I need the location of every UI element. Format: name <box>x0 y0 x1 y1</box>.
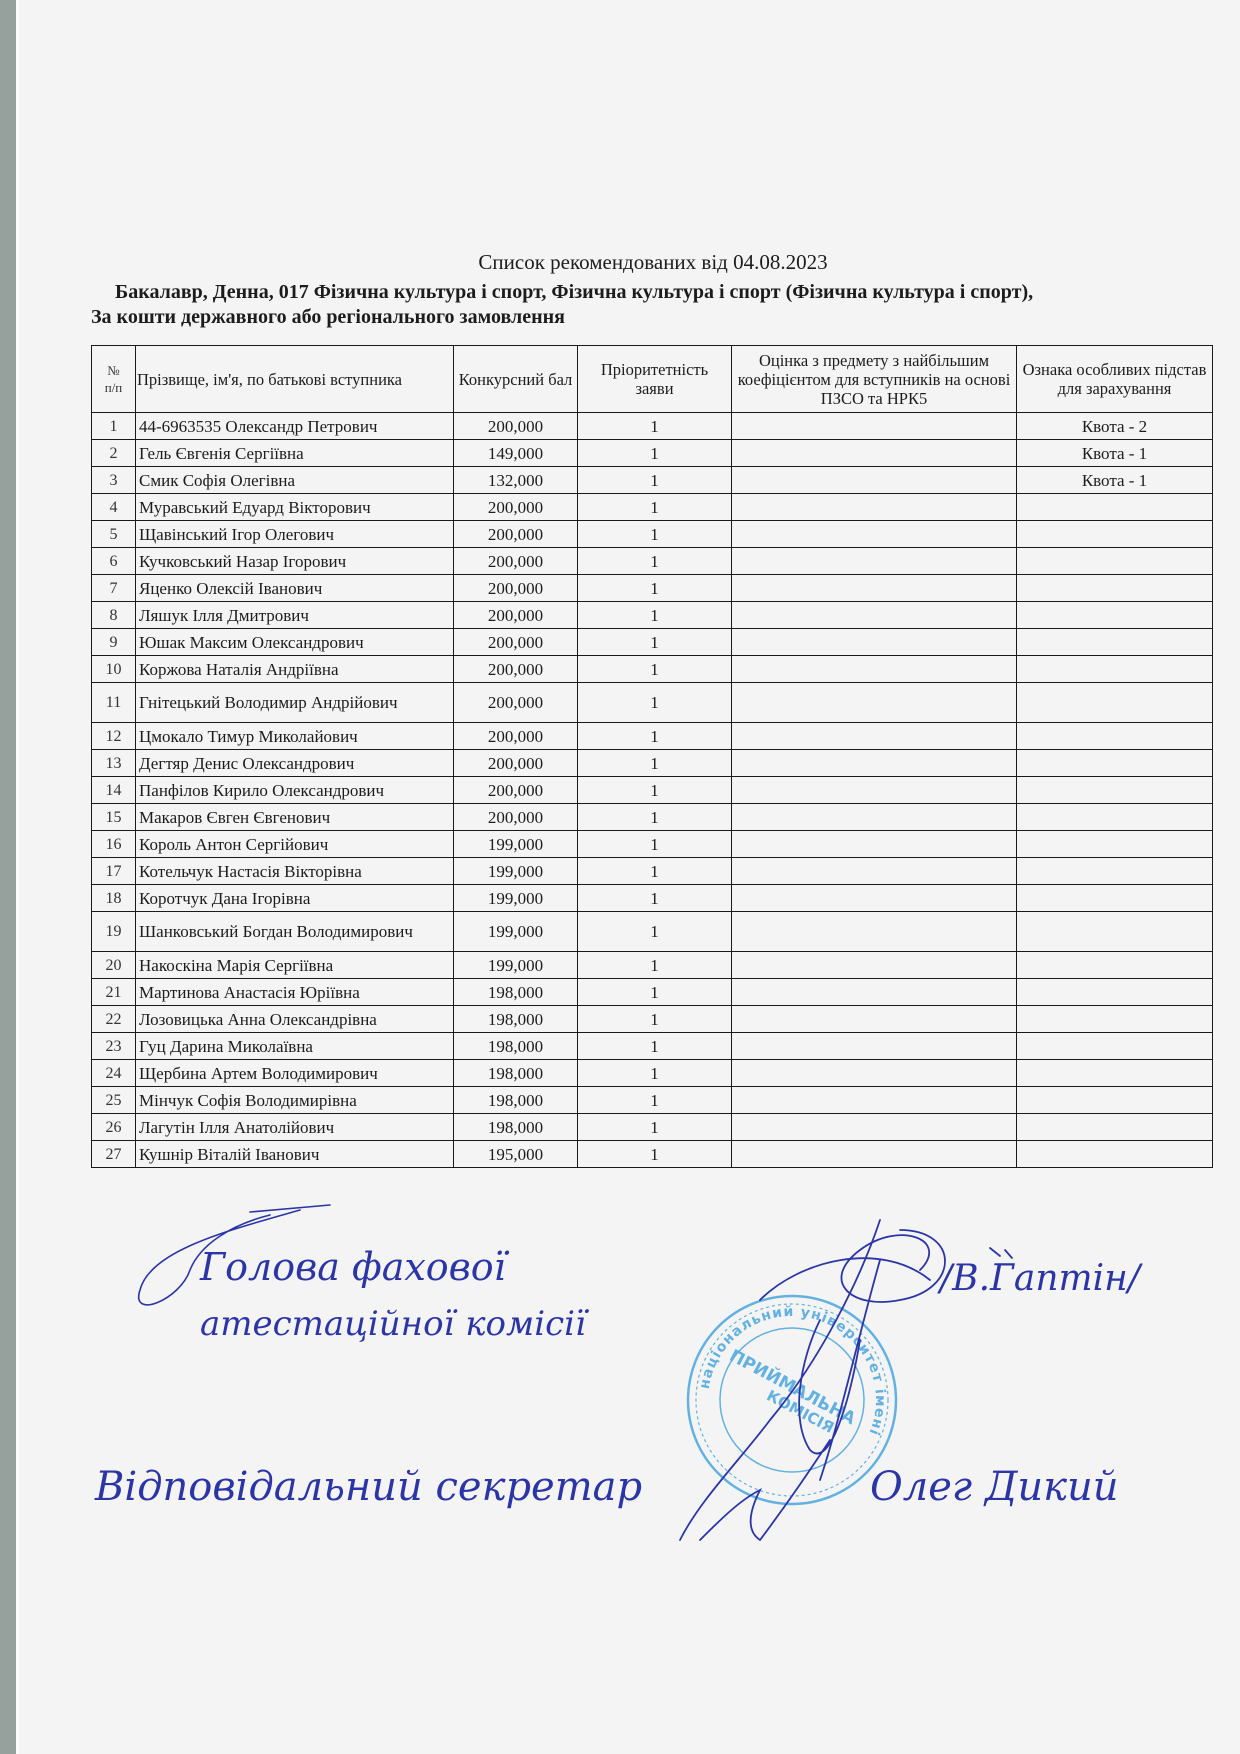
table-row: 26Лагутін Ілля Анатолійович198,0001 <box>92 1114 1213 1141</box>
competitive-score: 195,000 <box>454 1141 578 1168</box>
table-row: 13Дегтяр Денис Олександрович200,0001 <box>92 750 1213 777</box>
special-grounds <box>1017 831 1213 858</box>
competitive-score: 198,000 <box>454 979 578 1006</box>
subject-grade <box>732 952 1017 979</box>
competitive-score: 199,000 <box>454 858 578 885</box>
row-num: 20 <box>92 952 136 979</box>
table-row: 11Гнітецький Володимир Андрійович200,000… <box>92 683 1213 723</box>
applicant-name: Гуц Дарина Миколаївна <box>136 1033 454 1060</box>
applicant-name: Котельчук Настасія Вікторівна <box>136 858 454 885</box>
competitive-score: 200,000 <box>454 750 578 777</box>
competitive-score: 200,000 <box>454 683 578 723</box>
table-row: 25Мінчук Софія Володимирівна198,0001 <box>92 1087 1213 1114</box>
subject-grade <box>732 548 1017 575</box>
special-grounds <box>1017 548 1213 575</box>
applicant-name: Щербина Артем Володимирович <box>136 1060 454 1087</box>
subject-grade <box>732 629 1017 656</box>
subject-grade <box>732 413 1017 440</box>
row-num: 4 <box>92 494 136 521</box>
header-subject-grade: Оцінка з предмету з найбільшим коефіцієн… <box>732 346 1017 413</box>
competitive-score: 200,000 <box>454 656 578 683</box>
competitive-score: 200,000 <box>454 777 578 804</box>
subject-grade <box>732 831 1017 858</box>
application-priority: 1 <box>578 804 732 831</box>
svg-text:Олег Дикий: Олег Дикий <box>870 1464 1119 1510</box>
subject-grade <box>732 1087 1017 1114</box>
applicant-name: Кучковський Назар Ігорович <box>136 548 454 575</box>
competitive-score: 200,000 <box>454 575 578 602</box>
special-grounds <box>1017 494 1213 521</box>
row-num: 12 <box>92 723 136 750</box>
application-priority: 1 <box>578 885 732 912</box>
table-row: 3Смик Софія Олегівна132,0001Квота - 1 <box>92 467 1213 494</box>
applicant-name: Король Антон Сергійович <box>136 831 454 858</box>
applicant-name: Смик Софія Олегівна <box>136 467 454 494</box>
application-priority: 1 <box>578 952 732 979</box>
application-priority: 1 <box>578 467 732 494</box>
application-priority: 1 <box>578 1060 732 1087</box>
application-priority: 1 <box>578 1033 732 1060</box>
applicant-name: Юшак Максим Олександрович <box>136 629 454 656</box>
applicant-name: Ляшук Ілля Дмитрович <box>136 602 454 629</box>
competitive-score: 199,000 <box>454 885 578 912</box>
application-priority: 1 <box>578 1141 732 1168</box>
header-name: Прізвище, ім'я, по батькові вступника <box>136 346 454 413</box>
header-priority: Пріоритетність заяви <box>578 346 732 413</box>
table-row: 5Щавінський Ігор Олегович200,0001 <box>92 521 1213 548</box>
applicant-name: Муравський Едуард Вікторович <box>136 494 454 521</box>
applicant-name: Макаров Євген Євгенович <box>136 804 454 831</box>
table-row: 7Яценко Олексій Іванович200,0001 <box>92 575 1213 602</box>
svg-text:національний університет імені: національний університет імені <box>697 1304 888 1438</box>
competitive-score: 199,000 <box>454 912 578 952</box>
row-num: 24 <box>92 1060 136 1087</box>
competitive-score: 198,000 <box>454 1060 578 1087</box>
subject-grade <box>732 777 1017 804</box>
competitive-score: 200,000 <box>454 494 578 521</box>
table-row: 10Коржова Наталія Андріївна200,0001 <box>92 656 1213 683</box>
special-grounds <box>1017 1114 1213 1141</box>
stamp-icon: національний університет імені ПРИЙМАЛЬН… <box>688 1296 896 1504</box>
special-grounds <box>1017 723 1213 750</box>
table-header-row: №п/п Прізвище, ім'я, по батькові вступни… <box>92 346 1213 413</box>
svg-text:КОМІСІЯ: КОМІСІЯ <box>764 1386 837 1436</box>
application-priority: 1 <box>578 750 732 777</box>
subject-grade <box>732 656 1017 683</box>
subject-grade <box>732 723 1017 750</box>
table-row: 14Панфілов Кирило Олександрович200,0001 <box>92 777 1213 804</box>
application-priority: 1 <box>578 521 732 548</box>
competitive-score: 200,000 <box>454 548 578 575</box>
special-grounds <box>1017 656 1213 683</box>
table-row: 4Муравський Едуард Вікторович200,0001 <box>92 494 1213 521</box>
competitive-score: 198,000 <box>454 1087 578 1114</box>
subject-grade <box>732 858 1017 885</box>
application-priority: 1 <box>578 858 732 885</box>
applicant-name: Гнітецький Володимир Андрійович <box>136 683 454 723</box>
applicant-name: Шанковський Богдан Володимирович <box>136 912 454 952</box>
row-num: 3 <box>92 467 136 494</box>
competitive-score: 149,000 <box>454 440 578 467</box>
subject-grade <box>732 602 1017 629</box>
row-num: 21 <box>92 979 136 1006</box>
table-body: 144-6963535 Олександр Петрович200,0001Кв… <box>92 413 1213 1168</box>
subject-grade <box>732 683 1017 723</box>
row-num: 7 <box>92 575 136 602</box>
applicant-name: Цмокало Тимур Миколайович <box>136 723 454 750</box>
document-title: Список рекомендованих від 04.08.2023 <box>0 250 1240 274</box>
special-grounds <box>1017 521 1213 548</box>
row-num: 10 <box>92 656 136 683</box>
application-priority: 1 <box>578 575 732 602</box>
subject-grade <box>732 885 1017 912</box>
subject-grade <box>732 575 1017 602</box>
subject-grade <box>732 440 1017 467</box>
competitive-score: 200,000 <box>454 602 578 629</box>
row-num: 22 <box>92 1006 136 1033</box>
applicant-name: Лозовицька Анна Олександрівна <box>136 1006 454 1033</box>
row-num: 11 <box>92 683 136 723</box>
applicant-name: Яценко Олексій Іванович <box>136 575 454 602</box>
table-row: 2Гель Євгенія Сергіївна149,0001Квота - 1 <box>92 440 1213 467</box>
header-special-grounds: Ознака особливих підстав для зарахування <box>1017 346 1213 413</box>
row-num: 23 <box>92 1033 136 1060</box>
competitive-score: 200,000 <box>454 413 578 440</box>
row-num: 6 <box>92 548 136 575</box>
special-grounds <box>1017 858 1213 885</box>
subject-grade <box>732 750 1017 777</box>
table-row: 9Юшак Максим Олександрович200,0001 <box>92 629 1213 656</box>
row-num: 14 <box>92 777 136 804</box>
application-priority: 1 <box>578 1114 732 1141</box>
special-grounds <box>1017 602 1213 629</box>
row-num: 2 <box>92 440 136 467</box>
applicant-name: Мартинова Анастасія Юріївна <box>136 979 454 1006</box>
subject-grade <box>732 1033 1017 1060</box>
application-priority: 1 <box>578 912 732 952</box>
competitive-score: 200,000 <box>454 723 578 750</box>
application-priority: 1 <box>578 723 732 750</box>
competitive-score: 198,000 <box>454 1033 578 1060</box>
special-grounds <box>1017 979 1213 1006</box>
application-priority: 1 <box>578 440 732 467</box>
competitive-score: 199,000 <box>454 952 578 979</box>
special-grounds: Квота - 1 <box>1017 467 1213 494</box>
svg-text:Відповідальний секретар: Відповідальний секретар <box>94 1464 642 1510</box>
application-priority: 1 <box>578 602 732 629</box>
application-priority: 1 <box>578 1006 732 1033</box>
application-priority: 1 <box>578 831 732 858</box>
subject-grade <box>732 804 1017 831</box>
subject-grade <box>732 1006 1017 1033</box>
recommended-list-table: №п/п Прізвище, ім'я, по батькові вступни… <box>91 345 1213 1168</box>
header-num: №п/п <box>92 346 136 413</box>
special-grounds <box>1017 1087 1213 1114</box>
table-row: 20Накоскіна Марія Сергіївна199,0001 <box>92 952 1213 979</box>
special-grounds <box>1017 1141 1213 1168</box>
row-num: 19 <box>92 912 136 952</box>
competitive-score: 200,000 <box>454 804 578 831</box>
document-subtitle: Бакалавр, Денна, 017 Фізична культура і … <box>115 280 1033 304</box>
application-priority: 1 <box>578 548 732 575</box>
table-row: 8Ляшук Ілля Дмитрович200,0001 <box>92 602 1213 629</box>
table-row: 144-6963535 Олександр Петрович200,0001Кв… <box>92 413 1213 440</box>
applicant-name: Лагутін Ілля Анатолійович <box>136 1114 454 1141</box>
table-row: 27Кушнір Віталій Іванович195,0001 <box>92 1141 1213 1168</box>
application-priority: 1 <box>578 413 732 440</box>
applicant-name: Коржова Наталія Андріївна <box>136 656 454 683</box>
table-row: 22Лозовицька Анна Олександрівна198,0001 <box>92 1006 1213 1033</box>
table-row: 12Цмокало Тимур Миколайович200,0001 <box>92 723 1213 750</box>
application-priority: 1 <box>578 777 732 804</box>
application-priority: 1 <box>578 979 732 1006</box>
row-num: 15 <box>92 804 136 831</box>
application-priority: 1 <box>578 1087 732 1114</box>
svg-text:ПРИЙМАЛЬНА: ПРИЙМАЛЬНА <box>726 1344 860 1429</box>
application-priority: 1 <box>578 656 732 683</box>
header-score: Конкурсний бал <box>454 346 578 413</box>
special-grounds <box>1017 777 1213 804</box>
special-grounds <box>1017 750 1213 777</box>
table-row: 24Щербина Артем Володимирович198,0001 <box>92 1060 1213 1087</box>
special-grounds: Квота - 2 <box>1017 413 1213 440</box>
applicant-name: 44-6963535 Олександр Петрович <box>136 413 454 440</box>
row-num: 5 <box>92 521 136 548</box>
row-num: 25 <box>92 1087 136 1114</box>
subject-grade <box>732 1141 1017 1168</box>
applicant-name: Гель Євгенія Сергіївна <box>136 440 454 467</box>
row-num: 8 <box>92 602 136 629</box>
special-grounds <box>1017 1006 1213 1033</box>
special-grounds <box>1017 1060 1213 1087</box>
row-num: 18 <box>92 885 136 912</box>
applicant-name: Кушнір Віталій Іванович <box>136 1141 454 1168</box>
application-priority: 1 <box>578 683 732 723</box>
table-row: 6Кучковський Назар Ігорович200,0001 <box>92 548 1213 575</box>
subject-grade <box>732 1114 1017 1141</box>
special-grounds <box>1017 683 1213 723</box>
table-row: 16Король Антон Сергійович199,0001 <box>92 831 1213 858</box>
competitive-score: 200,000 <box>454 521 578 548</box>
special-grounds <box>1017 575 1213 602</box>
subject-grade <box>732 979 1017 1006</box>
subject-grade <box>732 521 1017 548</box>
row-num: 9 <box>92 629 136 656</box>
subject-grade <box>732 467 1017 494</box>
special-grounds <box>1017 804 1213 831</box>
row-num: 16 <box>92 831 136 858</box>
document-funding-line: За кошти державного або регіонального за… <box>91 305 565 329</box>
special-grounds: Квота - 1 <box>1017 440 1213 467</box>
table-row: 19Шанковський Богдан Володимирович199,00… <box>92 912 1213 952</box>
special-grounds <box>1017 885 1213 912</box>
svg-text:/В.Гаптін/: /В.Гаптін/ <box>937 1258 1144 1299</box>
table-row: 21Мартинова Анастасія Юріївна198,0001 <box>92 979 1213 1006</box>
table-row: 17Котельчук Настасія Вікторівна199,0001 <box>92 858 1213 885</box>
special-grounds <box>1017 1033 1213 1060</box>
row-num: 1 <box>92 413 136 440</box>
application-priority: 1 <box>578 629 732 656</box>
svg-text:Голова фахової: Голова фахової <box>199 1245 510 1289</box>
competitive-score: 200,000 <box>454 629 578 656</box>
applicant-name: Щавінський Ігор Олегович <box>136 521 454 548</box>
applicant-name: Дегтяр Денис Олександрович <box>136 750 454 777</box>
competitive-score: 198,000 <box>454 1006 578 1033</box>
applicant-name: Панфілов Кирило Олександрович <box>136 777 454 804</box>
applicant-name: Мінчук Софія Володимирівна <box>136 1087 454 1114</box>
table-row: 15Макаров Євген Євгенович200,0001 <box>92 804 1213 831</box>
svg-text:атестаційної комісії: атестаційної комісії <box>200 1304 589 1344</box>
table-row: 23Гуц Дарина Миколаївна198,0001 <box>92 1033 1213 1060</box>
subject-grade <box>732 494 1017 521</box>
special-grounds <box>1017 952 1213 979</box>
subject-grade <box>732 912 1017 952</box>
subject-grade <box>732 1060 1017 1087</box>
applicant-name: Коротчук Дана Ігорівна <box>136 885 454 912</box>
row-num: 27 <box>92 1141 136 1168</box>
table-row: 18Коротчук Дана Ігорівна199,0001 <box>92 885 1213 912</box>
competitive-score: 132,000 <box>454 467 578 494</box>
applicant-name: Накоскіна Марія Сергіївна <box>136 952 454 979</box>
row-num: 17 <box>92 858 136 885</box>
special-grounds <box>1017 912 1213 952</box>
row-num: 13 <box>92 750 136 777</box>
row-num: 26 <box>92 1114 136 1141</box>
application-priority: 1 <box>578 494 732 521</box>
competitive-score: 199,000 <box>454 831 578 858</box>
special-grounds <box>1017 629 1213 656</box>
competitive-score: 198,000 <box>454 1114 578 1141</box>
